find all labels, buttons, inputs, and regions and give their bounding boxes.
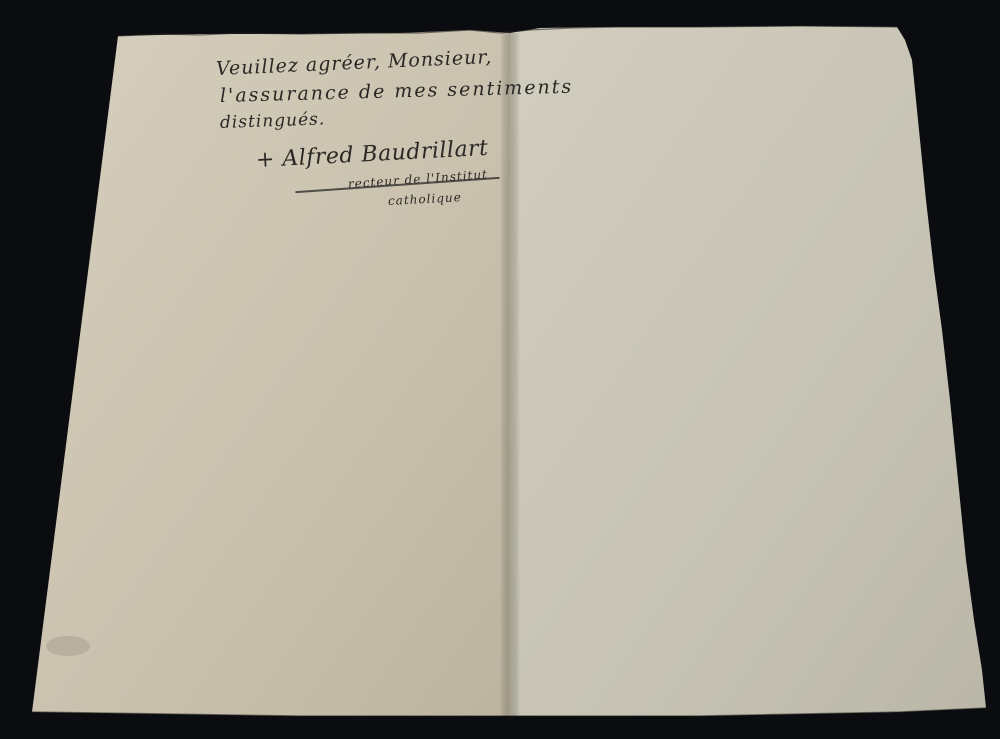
right-page <box>510 26 986 716</box>
left-page <box>32 30 510 716</box>
photo-scene: Veuillez agréer, Monsieur, l'assurance d… <box>0 0 1000 739</box>
folded-paper-sheet <box>0 0 1000 739</box>
closing-line-3: distingués. <box>220 109 326 133</box>
